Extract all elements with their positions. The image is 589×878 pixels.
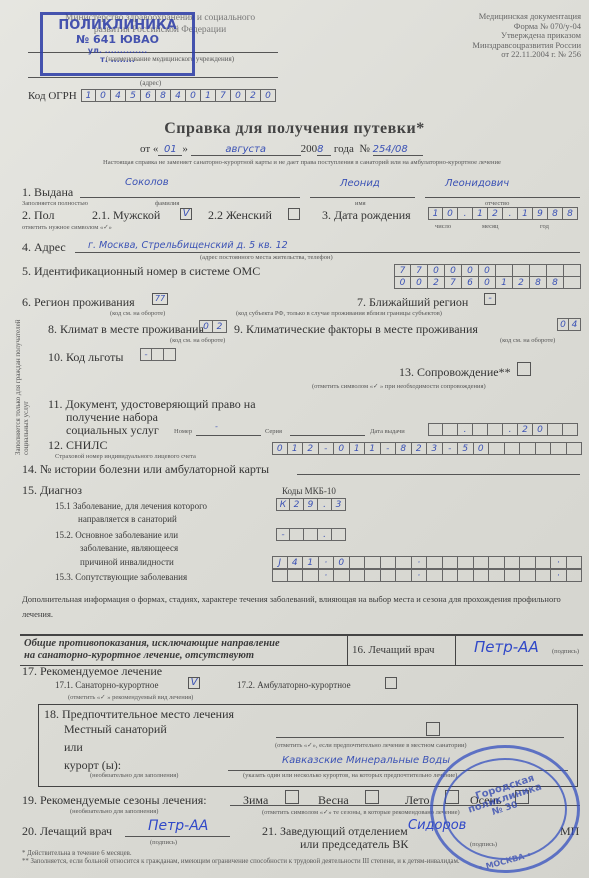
address-label: 4. Адрес bbox=[22, 240, 66, 255]
digit-cell bbox=[458, 569, 474, 582]
resort-note: (необязательно для заполнения) bbox=[90, 772, 178, 779]
icd-codes-caption: Коды МКБ-10 bbox=[282, 486, 336, 496]
digit-cell: 5 bbox=[126, 89, 141, 102]
digit-cell bbox=[474, 556, 490, 569]
or-label: или bbox=[64, 740, 83, 755]
doctor16-caption: (подпись) bbox=[552, 648, 579, 655]
escort-label: 13. Сопровождение** bbox=[399, 365, 511, 380]
season-winter-label: Зима bbox=[243, 793, 268, 808]
issue-date-row: от «01» августа2008 года № 254/08 bbox=[140, 143, 423, 156]
birthdate-cells[interactable]: 10.12.1988 bbox=[428, 207, 578, 220]
digit-cell: 2 bbox=[213, 320, 227, 333]
digit-cell: 2 bbox=[303, 442, 319, 455]
digit-cell bbox=[564, 276, 581, 289]
digit-cell bbox=[567, 556, 583, 569]
digit-cell bbox=[303, 569, 319, 582]
digit-cell: · bbox=[412, 569, 428, 582]
digit-cell: 0 bbox=[533, 423, 548, 436]
ambulatory-treatment-checkbox[interactable] bbox=[385, 677, 397, 689]
digit-cell: 0 bbox=[479, 276, 496, 289]
digit-cell bbox=[365, 569, 381, 582]
local-sanatorium-checkbox[interactable] bbox=[426, 722, 440, 736]
case-history-field[interactable] bbox=[297, 474, 580, 475]
preferred-place-label: 18. Предпочтительное место лечения bbox=[44, 707, 234, 722]
digit-cell: 7 bbox=[216, 89, 231, 102]
digit-cell: 8 bbox=[530, 276, 547, 289]
digit-cell: 0 bbox=[557, 318, 569, 331]
nearest-region-caption: (код субъекта РФ, только в случае прожив… bbox=[236, 310, 442, 317]
digit-cell: 2 bbox=[518, 423, 533, 436]
female-label: 2.2 Женский bbox=[208, 208, 272, 223]
digit-cell bbox=[505, 556, 521, 569]
digit-cell: 4 bbox=[288, 556, 304, 569]
digit-cell: 0 bbox=[443, 207, 458, 220]
season-winter-checkbox[interactable] bbox=[285, 790, 299, 804]
side-note: Заполняется только для граждан получател… bbox=[14, 305, 30, 455]
treatment-caption: (отметить «✓ » рекомендуемый вид лечения… bbox=[68, 693, 193, 701]
sanatorium-treatment-checkbox[interactable]: V bbox=[188, 677, 200, 689]
digit-cell bbox=[381, 556, 397, 569]
doctor20-caption: (подпись) bbox=[150, 839, 177, 846]
digit-cell: 0 bbox=[394, 276, 411, 289]
season-spring-label: Весна bbox=[318, 793, 349, 808]
digit-cell: · bbox=[551, 556, 567, 569]
digit-cell: 4 bbox=[111, 89, 126, 102]
digit-cell: 1 bbox=[81, 89, 96, 102]
issue-number[interactable]: 254/08 bbox=[373, 144, 423, 156]
escort-caption: (отметить символом «✓ » при необходимост… bbox=[312, 382, 486, 390]
benefit-code-label: 10. Код льготы bbox=[48, 350, 123, 365]
digit-cell bbox=[428, 423, 443, 436]
digit-cell: 0 bbox=[186, 89, 201, 102]
digit-cell bbox=[489, 442, 505, 455]
digit-cell bbox=[443, 569, 459, 582]
diag1-code[interactable]: К29.3 bbox=[276, 498, 346, 511]
digit-cell: · bbox=[551, 569, 567, 582]
digit-cell: 2 bbox=[290, 498, 304, 511]
digit-cell bbox=[536, 442, 552, 455]
digit-cell: 2 bbox=[428, 276, 445, 289]
digit-cell: 2 bbox=[412, 442, 428, 455]
digit-cell: 3 bbox=[332, 498, 346, 511]
contra-text-1: Общие противопоказания, исключающие напр… bbox=[24, 638, 343, 650]
digit-cell bbox=[396, 569, 412, 582]
digit-cell: 6 bbox=[141, 89, 156, 102]
digit-cell: 9 bbox=[304, 498, 318, 511]
digit-cell: 4 bbox=[171, 89, 186, 102]
ambulatory-treatment-label: 17.2. Амбулаторно-курортное bbox=[237, 680, 351, 690]
issue-day[interactable]: 01 bbox=[158, 144, 182, 156]
digit-cell: · bbox=[319, 556, 335, 569]
digit-cell: 2 bbox=[246, 89, 261, 102]
digit-cell bbox=[489, 556, 505, 569]
digit-cell: . bbox=[503, 207, 518, 220]
digit-cell bbox=[551, 442, 567, 455]
digit-cell: 0 bbox=[411, 276, 428, 289]
digit-cell: 0 bbox=[334, 442, 350, 455]
contraindications-box: Общие противопоказания, исключающие напр… bbox=[20, 634, 583, 666]
digit-cell bbox=[350, 556, 366, 569]
male-checkbox[interactable]: V bbox=[180, 208, 192, 220]
digit-cell: 1 bbox=[428, 207, 443, 220]
digit-cell bbox=[443, 556, 459, 569]
digit-cell: . bbox=[503, 423, 518, 436]
diag2-label-2: заболевание, являющееся bbox=[80, 543, 178, 553]
birthdate-label: 3. Дата рождения bbox=[322, 208, 411, 223]
form-title: Справка для получения путевки* bbox=[0, 120, 589, 138]
surname-caption: фамилия bbox=[155, 200, 179, 207]
climate-factors-cells[interactable]: 04 bbox=[557, 318, 581, 331]
digit-cell bbox=[152, 348, 164, 361]
digit-cell: 9 bbox=[533, 207, 548, 220]
digit-cell: 0 bbox=[261, 89, 276, 102]
doc-date-label: Дата выдачи bbox=[370, 428, 405, 435]
digit-cell: 0 bbox=[231, 89, 246, 102]
digit-cell bbox=[443, 423, 458, 436]
benefit-code-cells[interactable]: - bbox=[140, 348, 176, 361]
diag2-label-1: 15.2. Основное заболевание или bbox=[55, 530, 178, 540]
issue-year[interactable]: 8 bbox=[317, 144, 331, 156]
digit-cell: 8 bbox=[547, 276, 564, 289]
digit-cell: 1 bbox=[303, 556, 319, 569]
digit-cell: 8 bbox=[563, 207, 578, 220]
diag1-label-1: 15.1 Заболевание, для лечения которого bbox=[55, 501, 207, 511]
digit-cell bbox=[365, 556, 381, 569]
doctor20-label: 20. Лечащий врач bbox=[22, 824, 112, 839]
local-sanatorium-label: Местный санаторий bbox=[64, 722, 167, 737]
digit-cell: · bbox=[319, 569, 335, 582]
issue-month[interactable]: августа bbox=[191, 144, 301, 156]
digit-cell: . bbox=[458, 207, 473, 220]
year-caption: год bbox=[540, 223, 549, 230]
issued-to-label: 1. Выдана bbox=[22, 185, 73, 200]
oms-label: 5. Идентификационный номер в системе ОМС bbox=[22, 264, 260, 279]
ogrn-label: Код ОГРН bbox=[28, 90, 77, 102]
address-field-caption: (адрес постоянного места жительства, тел… bbox=[200, 254, 333, 261]
digit-cell: 1 bbox=[365, 442, 381, 455]
snils-cells[interactable]: 012-011-823-50 bbox=[272, 442, 582, 455]
fill-note: Заполняется полностью bbox=[22, 200, 88, 207]
digit-cell: - bbox=[381, 442, 397, 455]
doc-series-label: Серия bbox=[265, 428, 282, 435]
digit-cell bbox=[489, 569, 505, 582]
escort-checkbox[interactable] bbox=[517, 362, 531, 376]
digit-cell: - bbox=[319, 442, 335, 455]
digit-cell bbox=[304, 528, 318, 541]
patronymic-field[interactable]: Леонидович bbox=[445, 178, 509, 189]
doctor16-label: 16. Лечащий врач bbox=[348, 636, 456, 665]
digit-cell bbox=[334, 569, 350, 582]
digit-cell: К bbox=[276, 498, 290, 511]
resort-caption: (указать один или несколько курортов, на… bbox=[243, 772, 457, 779]
gender-note: отметить нужное символом «✓» bbox=[22, 223, 112, 231]
digit-cell: 8 bbox=[396, 442, 412, 455]
seasons-label: 19. Рекомендуемые сезоны лечения: bbox=[22, 793, 207, 808]
diag2-code[interactable]: -. bbox=[276, 528, 346, 541]
month-caption: месяц bbox=[482, 223, 499, 230]
region-label: 6. Регион проживания bbox=[22, 295, 135, 310]
digit-cell: J bbox=[272, 556, 288, 569]
region-field[interactable]: 77 bbox=[152, 293, 168, 305]
digit-cell bbox=[272, 569, 288, 582]
doc-series-field[interactable] bbox=[290, 435, 365, 436]
digit-cell: 5 bbox=[458, 442, 474, 455]
digit-cell: 3 bbox=[427, 442, 443, 455]
sanatorium-treatment-label: 17.1. Санаторно-курортное bbox=[55, 680, 158, 690]
climate-cells[interactable]: 02 bbox=[199, 320, 227, 333]
doctor16-signature[interactable]: Петр-АА bbox=[474, 638, 539, 656]
digit-cell: 8 bbox=[548, 207, 563, 220]
digit-cell: 0 bbox=[199, 320, 213, 333]
document-info: Медицинская документация Форма № 070/у-0… bbox=[472, 12, 581, 60]
digit-cell: 7 bbox=[445, 276, 462, 289]
digit-cell: 1 bbox=[288, 442, 304, 455]
digit-cell: 0 bbox=[96, 89, 111, 102]
digit-cell bbox=[458, 556, 474, 569]
region-caption: (код см. на обороте) bbox=[110, 310, 165, 317]
doc-label-3: социальных услуг bbox=[66, 423, 159, 438]
doc-date-cells[interactable]: ..20 bbox=[428, 423, 578, 436]
climate-factors-caption: (код см. на обороте) bbox=[500, 337, 555, 344]
digit-cell: 4 bbox=[569, 318, 581, 331]
digit-cell bbox=[536, 569, 552, 582]
address-line bbox=[28, 77, 278, 78]
digit-cell bbox=[520, 569, 536, 582]
digit-cell: · bbox=[412, 556, 428, 569]
digit-cell: 8 bbox=[156, 89, 171, 102]
digit-cell: . bbox=[318, 528, 332, 541]
digit-cell bbox=[567, 442, 583, 455]
digit-cell: 6 bbox=[462, 276, 479, 289]
digit-cell: - bbox=[276, 528, 290, 541]
additional-info: Дополнительная информация о формах, стад… bbox=[22, 592, 577, 622]
digit-cell: 1 bbox=[518, 207, 533, 220]
digit-cell bbox=[563, 423, 578, 436]
digit-cell bbox=[290, 528, 304, 541]
climate-caption: (код см. на обороте) bbox=[170, 337, 225, 344]
local-caption: (отметить «✓», если предпочтительно лече… bbox=[275, 741, 467, 749]
ogrn-cells: 1045684017020 bbox=[81, 89, 276, 102]
digit-cell: 1 bbox=[473, 207, 488, 220]
name-field[interactable]: Леонид bbox=[340, 178, 380, 189]
digit-cell: 2 bbox=[488, 207, 503, 220]
day-caption: число bbox=[435, 223, 451, 230]
digit-cell bbox=[332, 528, 346, 541]
digit-cell bbox=[427, 556, 443, 569]
digit-cell bbox=[520, 442, 536, 455]
climate-label: 8. Климат в месте проживания bbox=[48, 322, 204, 337]
clinic-rect-stamp: ПОЛИКЛИНИКА № 641 ЮВАО ул. .............… bbox=[40, 12, 195, 76]
nearest-region-label: 7. Ближайший регион bbox=[357, 295, 468, 310]
doc-number-field[interactable]: - bbox=[215, 422, 218, 431]
digit-cell: 1 bbox=[350, 442, 366, 455]
digit-cell bbox=[548, 423, 563, 436]
contra-text-2: на санаторно-курортное лечение, отсутств… bbox=[24, 650, 343, 662]
digit-cell bbox=[505, 569, 521, 582]
name-caption: имя bbox=[355, 200, 366, 207]
gender-label: 2. Пол bbox=[22, 208, 55, 223]
nearest-region-field[interactable]: - bbox=[484, 293, 496, 305]
resort-field[interactable]: Кавказские Минеральные Воды bbox=[282, 755, 450, 766]
digit-cell bbox=[520, 556, 536, 569]
snils-label: 12. СНИЛС bbox=[48, 438, 107, 453]
digit-cell bbox=[488, 423, 503, 436]
footnotes: * Действительна в течение 6 месяцев. ** … bbox=[22, 850, 582, 865]
digit-cell bbox=[474, 569, 490, 582]
diag3-label: 15.3. Сопутствующие заболевания bbox=[55, 572, 187, 582]
referral-form-page: Министерство здравоохранения и социально… bbox=[0, 0, 589, 878]
digit-cell bbox=[536, 556, 552, 569]
digit-cell: 0 bbox=[474, 442, 490, 455]
oms-row2[interactable]: 0027601288 bbox=[394, 276, 581, 289]
case-history-label: 14. № истории болезни или амбулаторной к… bbox=[22, 462, 269, 477]
snils-caption: Страховой номер индивидуального лицевого… bbox=[55, 453, 196, 460]
diag3-row1[interactable]: J41·0·· bbox=[272, 556, 582, 569]
surname-field[interactable]: Соколов bbox=[125, 177, 169, 188]
season-summer-label: Лето bbox=[405, 793, 429, 808]
digit-cell: 0 bbox=[334, 556, 350, 569]
diag1-label-2: направляется в санаторий bbox=[78, 514, 177, 524]
digit-cell bbox=[164, 348, 176, 361]
diagnosis-label: 15. Диагноз bbox=[22, 483, 82, 498]
digit-cell bbox=[288, 569, 304, 582]
disclaimer: Настоящая справка не заменяет санаторно-… bbox=[22, 159, 582, 166]
digit-cell bbox=[396, 556, 412, 569]
climate-factors-label: 9. Климатические факторы в месте прожива… bbox=[234, 322, 478, 337]
season-spring-checkbox[interactable] bbox=[365, 790, 379, 804]
digit-cell: . bbox=[318, 498, 332, 511]
address-caption: (адрес) bbox=[140, 79, 161, 87]
digit-cell: . bbox=[458, 423, 473, 436]
patronymic-caption: отчество bbox=[485, 200, 509, 207]
male-label: 2.1. Мужской bbox=[92, 208, 160, 223]
digit-cell: - bbox=[140, 348, 152, 361]
digit-cell bbox=[350, 569, 366, 582]
digit-cell: 1 bbox=[496, 276, 513, 289]
treatment-label: 17. Рекомендуемое лечение bbox=[22, 664, 162, 679]
address-field[interactable]: г. Москва, Стрельбищенский д. 5 кв. 12 bbox=[88, 240, 288, 251]
digit-cell: - bbox=[443, 442, 459, 455]
doctor20-signature[interactable]: Петр-АА bbox=[148, 818, 208, 834]
digit-cell: 0 bbox=[272, 442, 288, 455]
digit-cell bbox=[381, 569, 397, 582]
diag3-row2[interactable]: ··· bbox=[272, 569, 582, 582]
resort-label: курорт (ы): bbox=[64, 758, 121, 773]
digit-cell bbox=[505, 442, 521, 455]
diag2-label-3: причиной инвалидности bbox=[80, 557, 174, 567]
seasons-note: (необязательно для заполнения) bbox=[70, 808, 158, 815]
digit-cell bbox=[473, 423, 488, 436]
digit-cell bbox=[427, 569, 443, 582]
digit-cell bbox=[567, 569, 583, 582]
female-checkbox[interactable] bbox=[288, 208, 300, 220]
digit-cell: 1 bbox=[201, 89, 216, 102]
doc-number-label: Номер bbox=[174, 428, 192, 435]
digit-cell: 2 bbox=[513, 276, 530, 289]
